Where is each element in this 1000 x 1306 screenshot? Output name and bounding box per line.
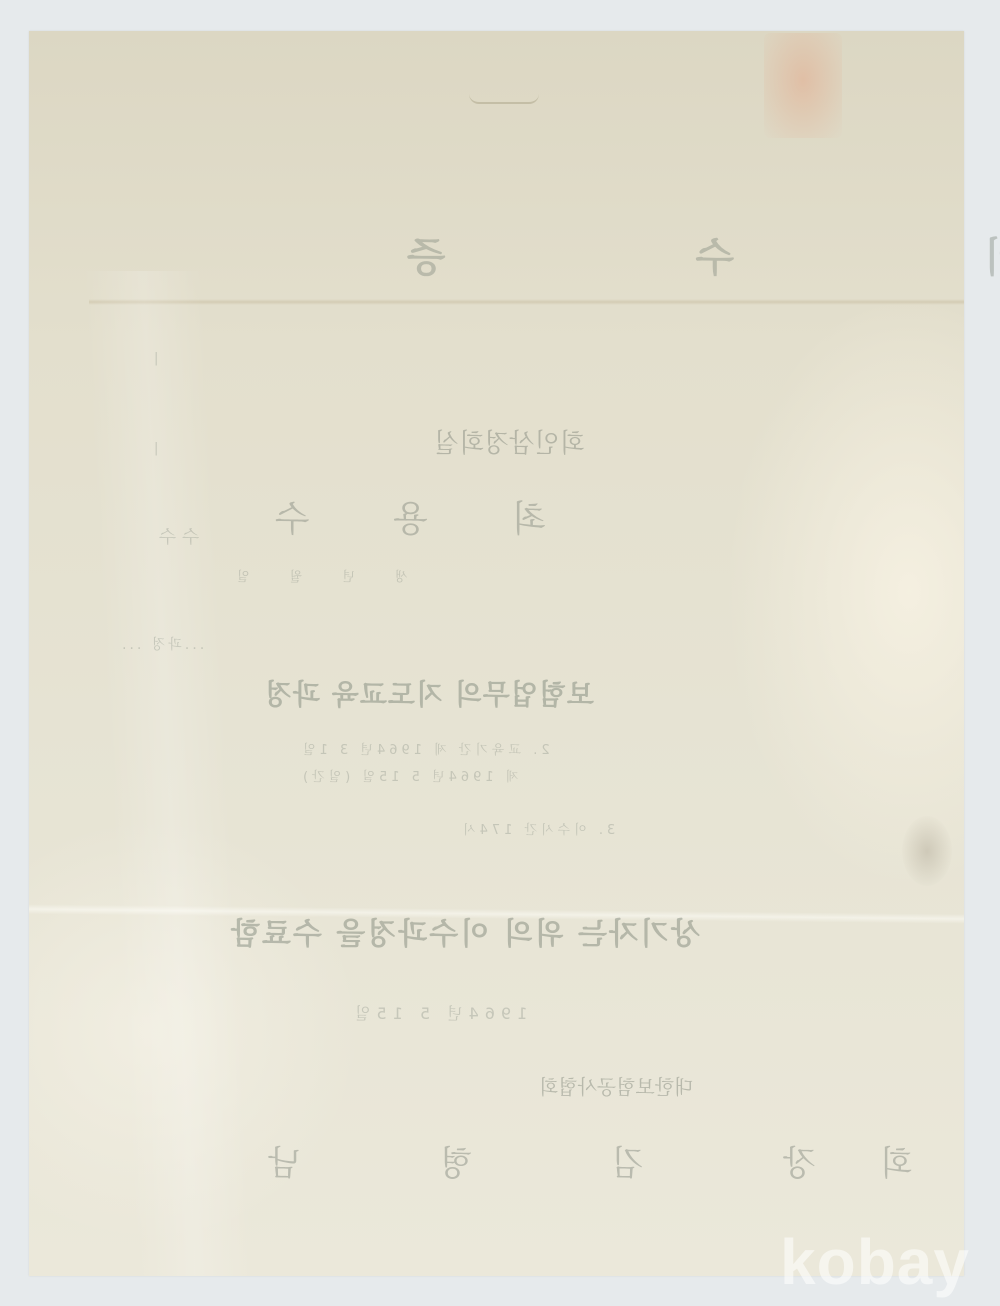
course-header-bleed: ...과정 ... <box>119 634 204 654</box>
certificate-paper-back: 이 수 증 | | 회인삼정회실 수 수 최 용 수 생 년 월 일 ...과정… <box>29 31 964 1276</box>
fold-crease-vertical <box>83 271 256 1276</box>
tape-residue-mark <box>469 94 539 104</box>
birth-date-bleed: 생 년 월 일 <box>219 566 408 585</box>
issue-date-bleed: 1964년 5 15일 <box>349 1001 527 1024</box>
hours-line-bleed: 3. 이수시간 174시 <box>459 819 615 838</box>
kobay-watermark: kobay <box>780 1225 970 1299</box>
left-margin-mark-1: | <box>154 351 158 366</box>
course-name-bleed: 보험업무의 지도교육 과정 <box>264 673 594 713</box>
recipient-prefix-bleed: 수 수 <box>159 523 200 549</box>
period-line-1-bleed: 2. 교육기간 제 1964년 3 1일 <box>299 739 550 758</box>
water-stain-spot <box>902 816 952 886</box>
statement-bleed: 상기자는 위의 이수과정을 수료함 <box>229 909 700 953</box>
period-line-2-bleed: 제 1964년 5 15일 (일간) <box>299 766 518 785</box>
certificate-title-bleed: 이 수 증 <box>289 226 1000 283</box>
left-margin-mark-2: | <box>154 441 158 456</box>
red-stamp-stain <box>764 33 842 138</box>
issuer-org-bleed: 대한보험공사협회 <box>539 1071 694 1100</box>
institution-bleed: 회인삼정회실 <box>434 423 585 460</box>
issuer-name-bleed: 회장 김 형 남 <box>204 1136 913 1185</box>
recipient-name-bleed: 최 용 수 <box>239 491 546 542</box>
fold-crease-upper <box>89 299 964 305</box>
